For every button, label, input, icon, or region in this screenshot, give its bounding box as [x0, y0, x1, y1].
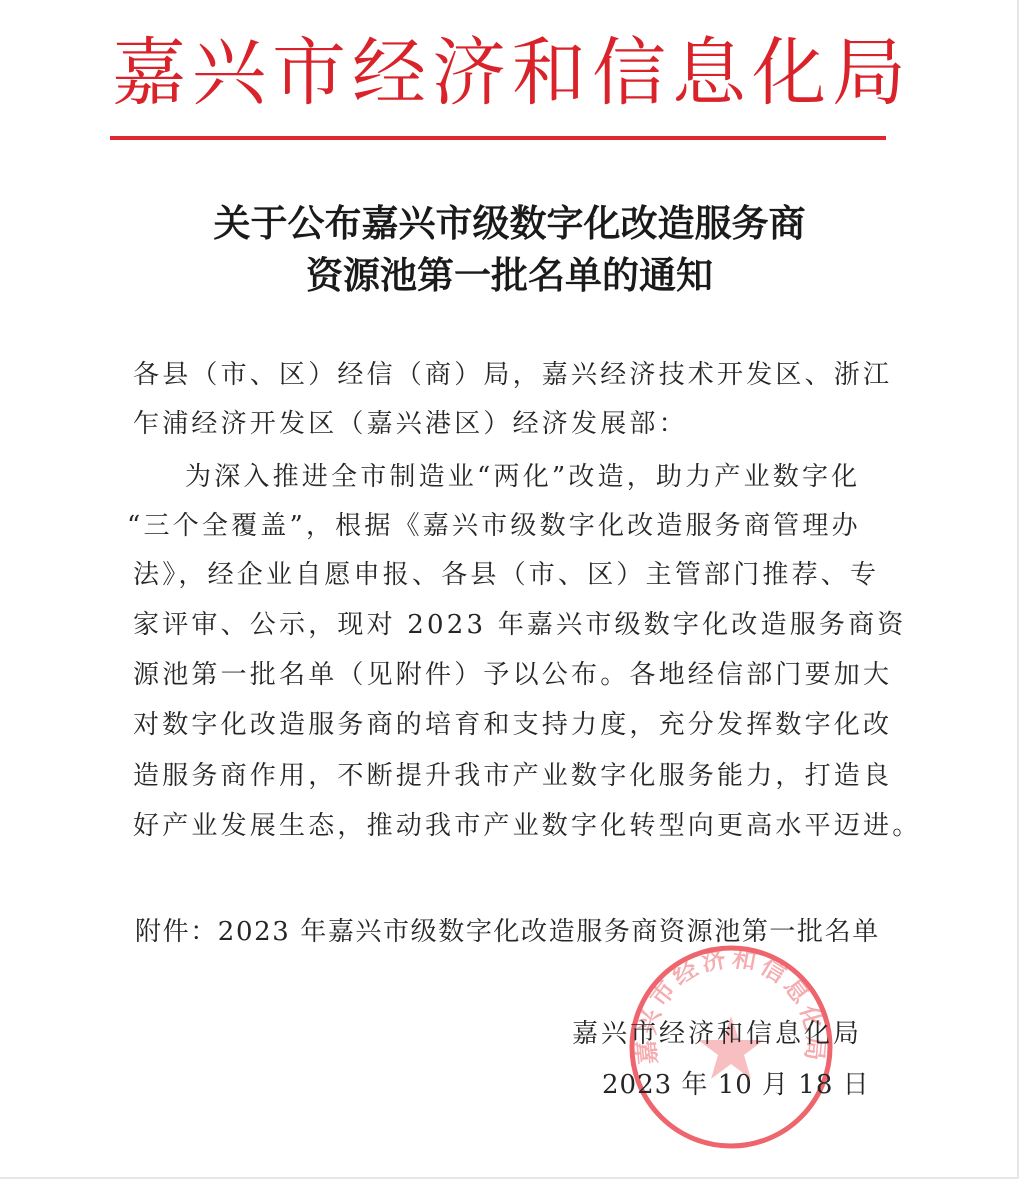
body-line: 为深入推进全市制造业“两化”改造，助力产业数字化: [185, 457, 945, 497]
body-line: 源池第一批名单（见附件）予以公布。各地经信部门要加大: [133, 655, 893, 695]
document-page: 嘉 兴 市 经 济 和 信 息 化 局 关于公布嘉兴市级数字化改造服务商 资源池…: [0, 0, 1019, 1179]
masthead-char: 市: [272, 30, 352, 116]
masthead-char: 兴: [192, 30, 272, 116]
signature-issuer: 嘉兴市经济和信息化局: [572, 1013, 862, 1050]
signature-date: 2023 年 10 月 18 日: [602, 1064, 870, 1101]
document-title-line-1: 关于公布嘉兴市级数字化改造服务商: [0, 193, 1019, 247]
body-line: “三个全覆盖”，根据《嘉兴市级数字化改造服务商管理办: [127, 506, 887, 546]
document-title-line-2: 资源池第一批名单的通知: [0, 245, 1019, 299]
masthead-char: 嘉: [112, 30, 192, 116]
addressee-line-1: 各县（市、区）经信（商）局，嘉兴经济技术开发区、浙江: [133, 355, 893, 395]
masthead-char: 经: [352, 30, 432, 116]
masthead-char: 济: [432, 30, 512, 116]
masthead-char: 局: [832, 30, 912, 116]
masthead-char: 化: [752, 30, 832, 116]
masthead-char: 信: [592, 30, 672, 116]
body-line: 对数字化改造服务商的培育和支持力度，充分发挥数字化改: [133, 705, 893, 745]
body-line: 造服务商作用，不断提升我市产业数字化服务能力，打造良: [133, 756, 893, 796]
addressee-line-2: 乍浦经济开发区（嘉兴港区）经济发展部：: [133, 404, 893, 444]
body-line: 好产业发展生态，推动我市产业数字化转型向更高水平迈进。: [133, 806, 893, 846]
body-line: 家评审、公示，现对 2023 年嘉兴市级数字化改造服务商资: [133, 605, 893, 645]
masthead-char: 和: [512, 30, 592, 116]
body-line: 法》，经企业自愿申报、各县（市、区）主管部门推荐、专: [133, 555, 893, 595]
masthead-char: 息: [672, 30, 752, 116]
masthead-org-name: 嘉 兴 市 经 济 和 信 息 化 局: [112, 30, 882, 116]
masthead-divider: [110, 136, 886, 140]
